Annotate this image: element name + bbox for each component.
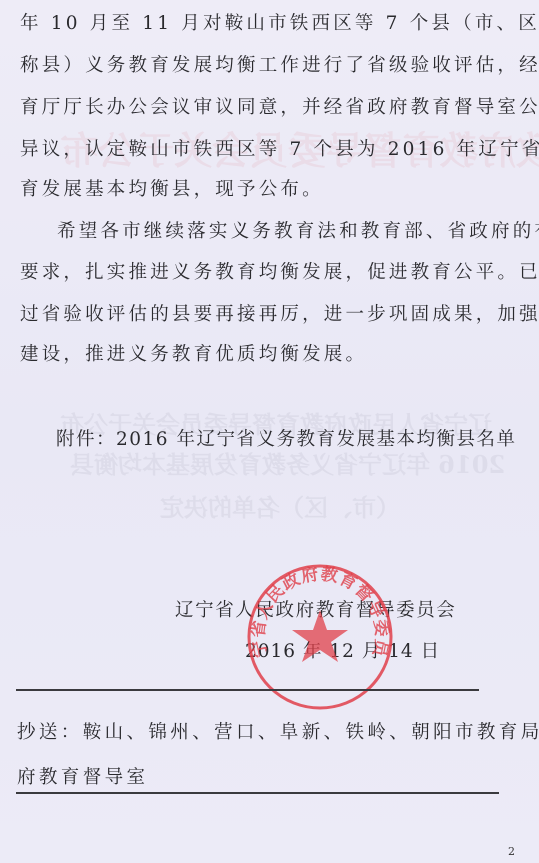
paragraph-1-line-5: 育发展基本均衡县，现予公布。	[20, 178, 324, 202]
paragraph-2-line-2: 要求，扎实推进义务教育均衡发展，促进教育公平。已经通	[20, 261, 539, 285]
paragraph-1-line-1: 年 10 月至 11 月对鞍山市铁西区等 7 个县（市、区，以下简	[20, 12, 539, 36]
bleed-through-heading-3: （市、区）名单的决定	[160, 488, 400, 523]
paragraph-2-line-4: 建设，推进义务教育优质均衡发展。	[20, 343, 367, 367]
cc-line-1: 抄送：鞍山、锦州、营口、阜新、铁岭、朝阳市教育局，政	[17, 718, 539, 744]
signing-organization: 辽宁省人民政府教育督导委员会	[175, 596, 456, 622]
signing-date: 2016 年 12 月 14 日	[245, 637, 440, 663]
attachment-line: 附件：2016 年辽宁省义务教育发展基本均衡县名单	[56, 425, 516, 451]
divider-top	[16, 689, 479, 691]
paragraph-2-line-1: 希望各市继续落实义务教育法和教育部、省政府的有关	[57, 220, 539, 244]
paragraph-1-line-3: 育厅厅长办公会议审议同意，并经省政府教育督导室公示无	[20, 96, 539, 120]
paragraph-1-line-2: 称县）义务教育发展均衡工作进行了省级验收评估，经省教	[20, 54, 539, 78]
cc-line-2: 府教育督导室	[17, 763, 148, 789]
page-number: 2	[508, 845, 515, 858]
divider-bottom	[16, 792, 499, 794]
paragraph-2-line-3: 过省验收评估的县要再接再厉，进一步巩固成果，加强内涵	[20, 303, 539, 327]
paragraph-1-line-4: 异议，认定鞍山市铁西区等 7 个县为 2016 年辽宁省义务教	[20, 138, 539, 162]
document-page: 辽宁省人民政府教育督导委员会关于公布 辽宁省人民政府教育督导委员会关于公布 20…	[0, 0, 539, 863]
